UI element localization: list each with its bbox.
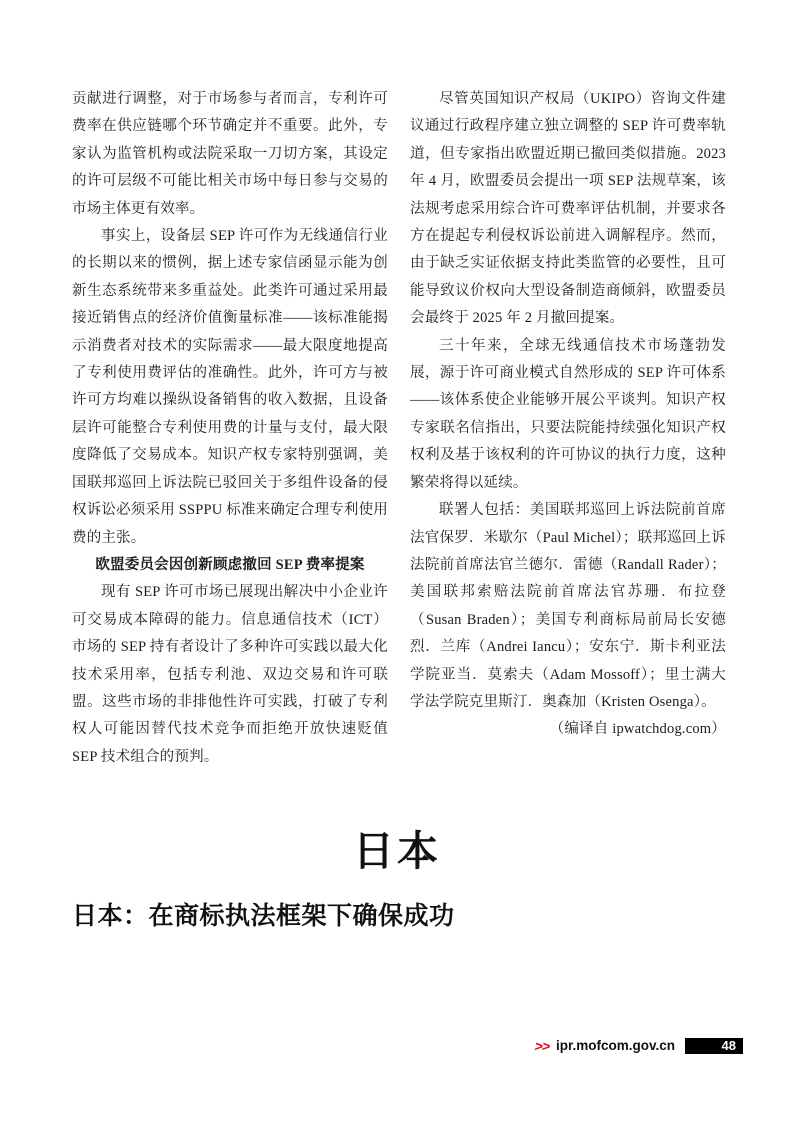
source-attribution: （编译自 ipwatchdog.com） [410,716,726,743]
section-heading: 欧盟委员会因创新顾虑撤回 SEP 费率提案 [72,552,388,579]
right-column: 尽管英国知识产权局（UKIPO）咨询文件建议通过行政程序建立独立调整的 SEP … [410,86,726,771]
article-title: 日本：在商标执法框架下确保成功 [72,896,455,932]
footer-website: ipr.mofcom.gov.cn [556,1037,675,1055]
page-footer: >> ipr.mofcom.gov.cn 48 [535,1037,743,1055]
paragraph: 事实上，设备层 SEP 许可作为无线通信行业的长期以来的惯例，据上述专家信函显示… [72,223,388,552]
document-page: 贡献进行调整，对于市场参与者而言，专利许可费率在供应链哪个环节确定并不重要。此外… [0,0,794,1122]
paragraph: 三十年来，全球无线通信技术市场蓬勃发展，源于许可商业模式自然形成的 SEP 许可… [410,333,726,497]
paragraph: 现有 SEP 许可市场已展现出解决中小企业许可交易成本障碍的能力。信息通信技术（… [72,579,388,771]
double-chevron-right-icon: >> [533,1037,551,1055]
paragraph: 尽管英国知识产权局（UKIPO）咨询文件建议通过行政程序建立独立调整的 SEP … [410,86,726,333]
section-title-japan: 日本 [0,818,794,877]
paragraph: 贡献进行调整，对于市场参与者而言，专利许可费率在供应链哪个环节确定并不重要。此外… [72,86,388,223]
left-column: 贡献进行调整，对于市场参与者而言，专利许可费率在供应链哪个环节确定并不重要。此外… [72,86,388,771]
page-number-badge: 48 [685,1038,743,1054]
paragraph: 联署人包括：美国联邦巡回上诉法院前首席法官保罗．米歇尔（Paul Michel）… [410,497,726,716]
article-body: 贡献进行调整，对于市场参与者而言，专利许可费率在供应链哪个环节确定并不重要。此外… [72,86,726,771]
